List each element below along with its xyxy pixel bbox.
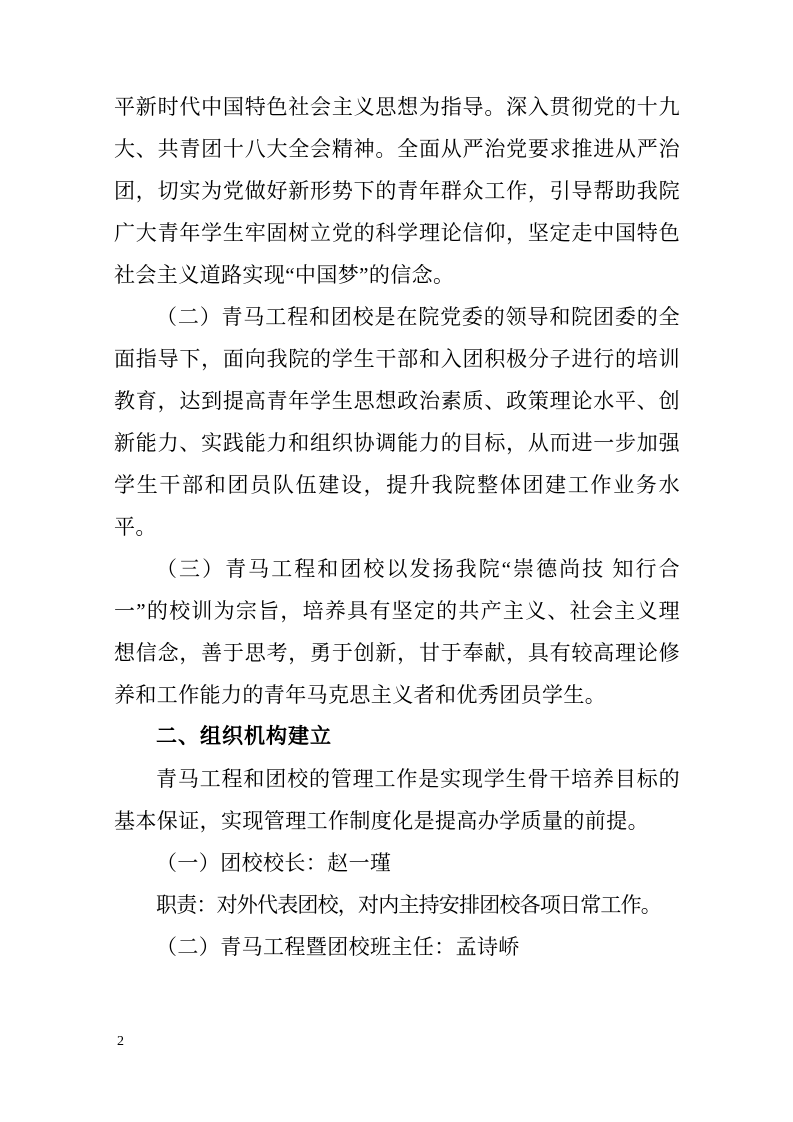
paragraph-management: 青马工程和团校的管理工作是实现学生骨干培养目标的基本保证，实现管理工作制度化是提… <box>114 758 680 842</box>
document-page: 平新时代中国特色社会主义思想为指导。深入贯彻党的十九大、共青团十八大全会精神。全… <box>0 0 793 1122</box>
paragraph-duty: 职责：对外代表团校，对内主持安排团校各项日常工作。 <box>114 884 680 926</box>
paragraph-continuation: 平新时代中国特色社会主义思想为指导。深入贯彻党的十九大、共青团十八大全会精神。全… <box>114 86 680 296</box>
paragraph-item-3: （三）青马工程和团校以发扬我院“崇德尚技 知行合一”的校训为宗旨，培养具有坚定的… <box>114 548 680 716</box>
paragraph-principal: （一）团校校长：赵一瑾 <box>114 842 680 884</box>
paragraph-class-teacher: （二）青马工程暨团校班主任：孟诗峤 <box>114 926 680 968</box>
page-number: 2 <box>117 1032 124 1052</box>
paragraph-item-2: （二）青马工程和团校是在院党委的领导和院团委的全面指导下，面向我院的学生干部和入… <box>114 296 680 548</box>
section-heading: 二、组织机构建立 <box>114 716 680 758</box>
document-body: 平新时代中国特色社会主义思想为指导。深入贯彻党的十九大、共青团十八大全会精神。全… <box>114 86 680 968</box>
